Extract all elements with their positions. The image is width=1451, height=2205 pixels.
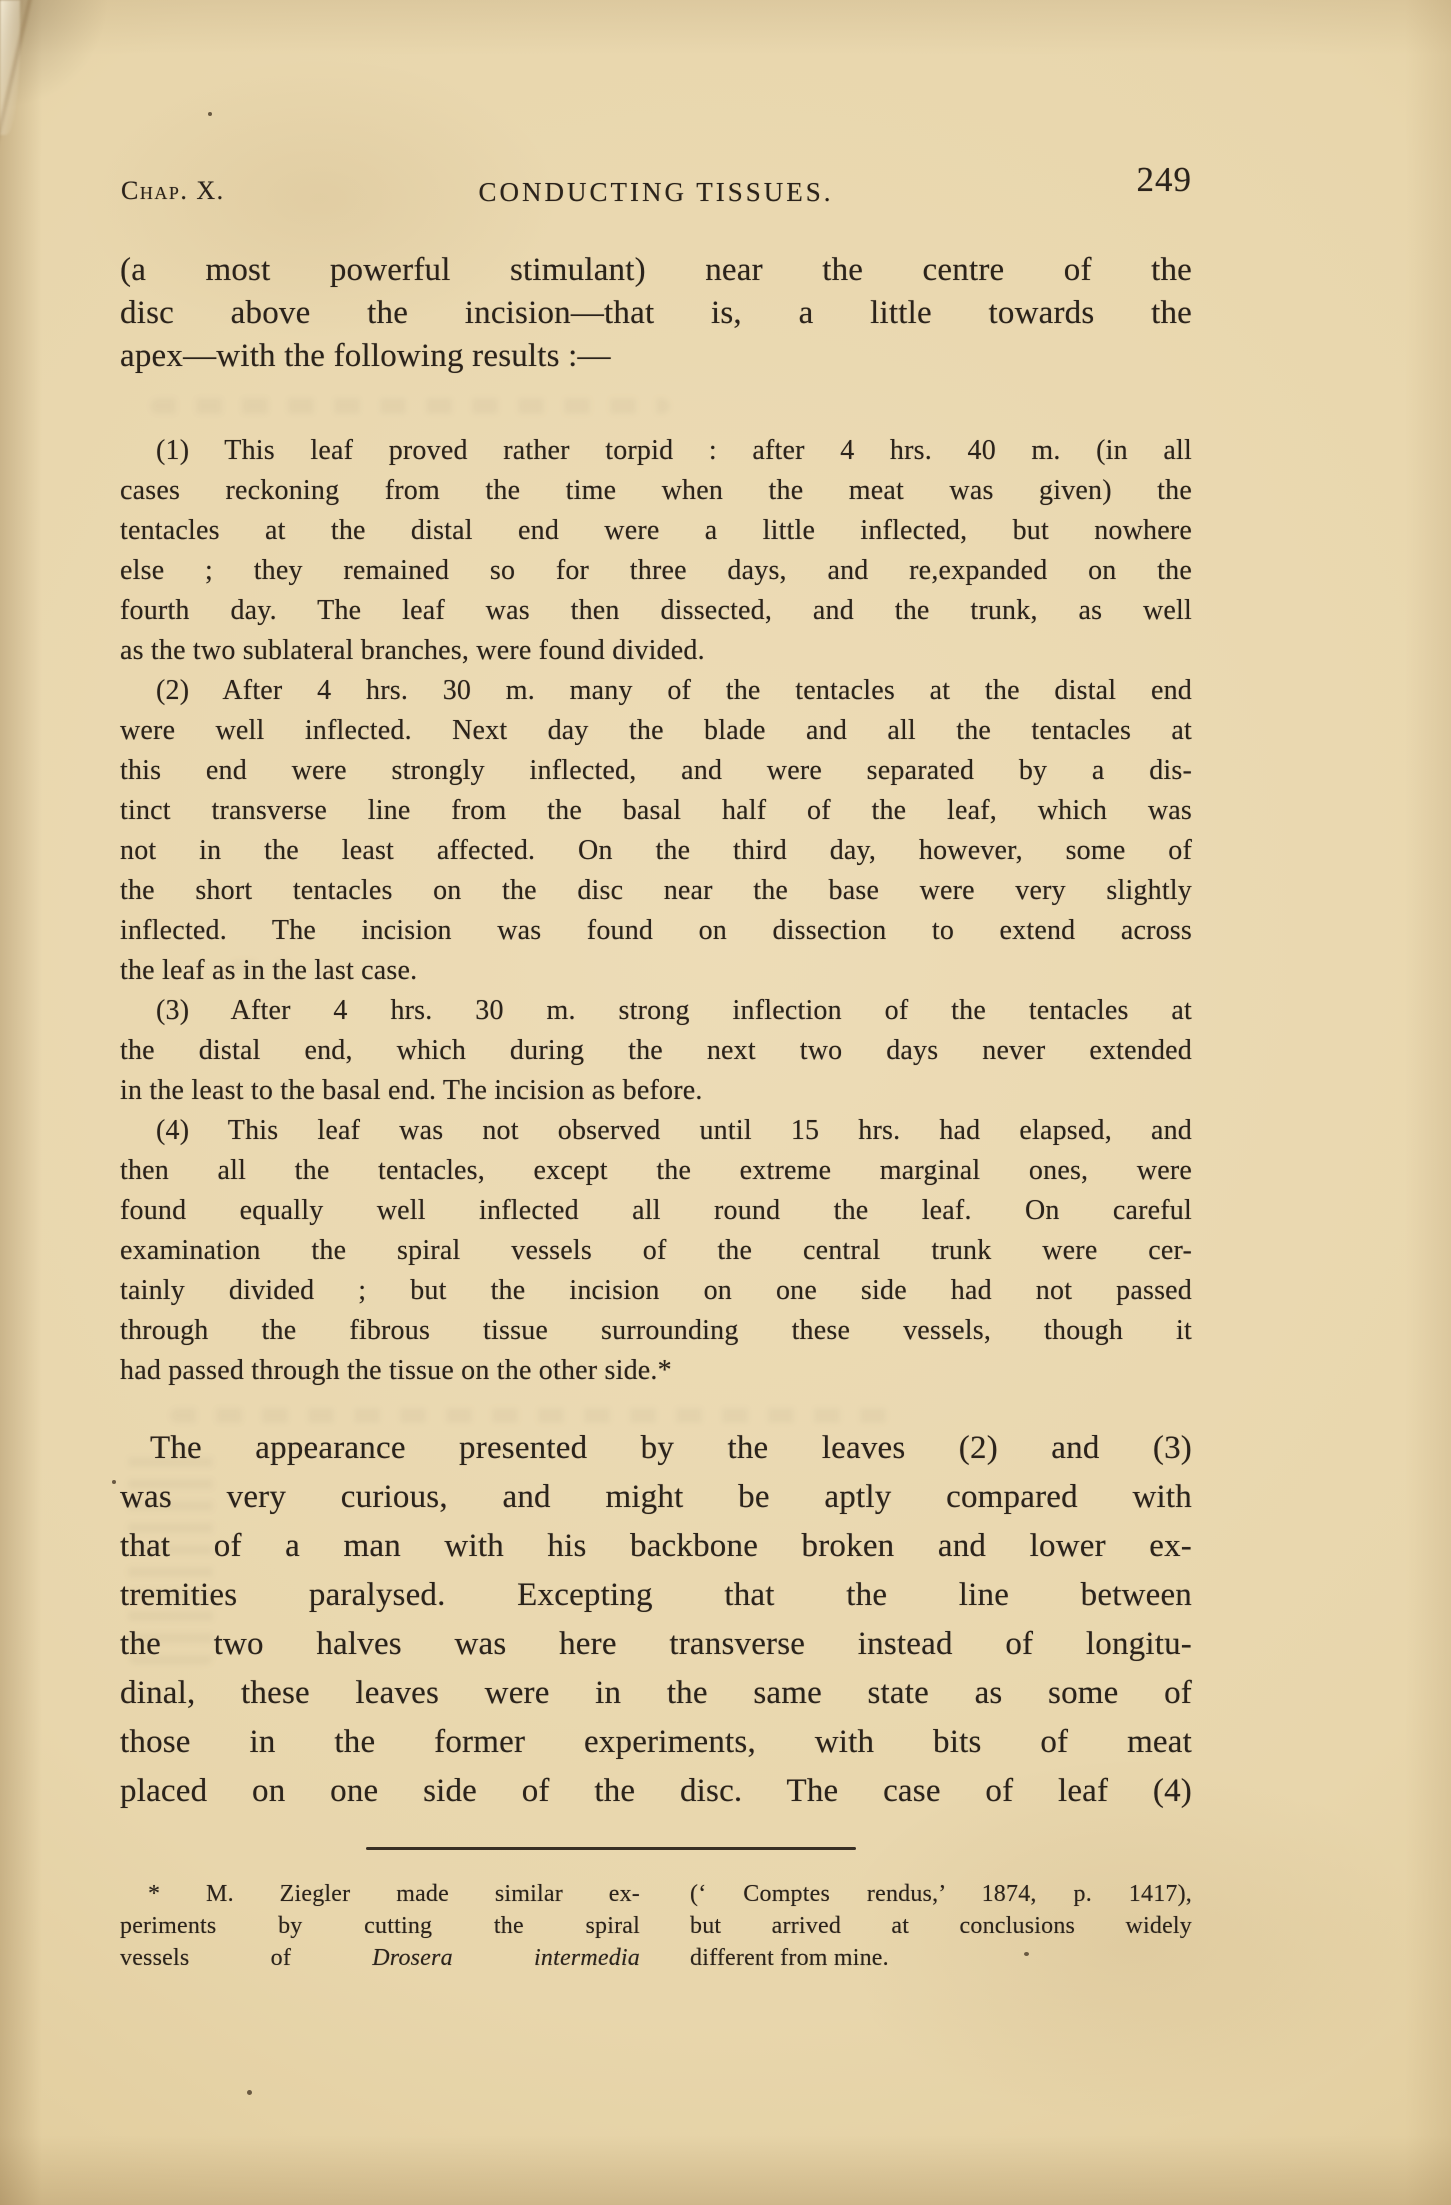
experiment-list: (1) This leaf proved rather torpid : aft… [120,431,1192,1391]
footnote-right-column: (‘ Comptes rendus,’ 1874, p. 1417),but a… [690,1878,1192,1974]
footnote: * M. Ziegler made similar ex-periments b… [120,1878,1192,1974]
ink-speck [247,2090,252,2095]
experiment-paragraph-1: (1) This leaf proved rather torpid : aft… [120,431,1192,671]
closing-paragraph: The appearance presented by the leaves (… [120,1424,1192,1816]
ink-speck [112,1480,116,1484]
experiment-paragraph-2: (2) After 4 hrs. 30 m. many of the tenta… [120,671,1192,991]
intro-paragraph: (a most powerful stimulant) near the cen… [120,249,1192,378]
footnote-left-column: * M. Ziegler made similar ex-periments b… [120,1878,640,1974]
experiment-paragraph-3: (3) After 4 hrs. 30 m. strong inflection… [120,991,1192,1111]
ink-speck [208,112,212,116]
page-number: 249 [120,160,1192,200]
ghost-smudge [170,1408,890,1423]
experiment-paragraph-4: (4) This leaf was not observed until 15 … [120,1111,1192,1391]
footnote-rule [366,1847,856,1850]
book-page: Chap. X. CONDUCTING TISSUES. 249 (a most… [0,0,1451,2205]
ghost-smudge [150,398,670,414]
